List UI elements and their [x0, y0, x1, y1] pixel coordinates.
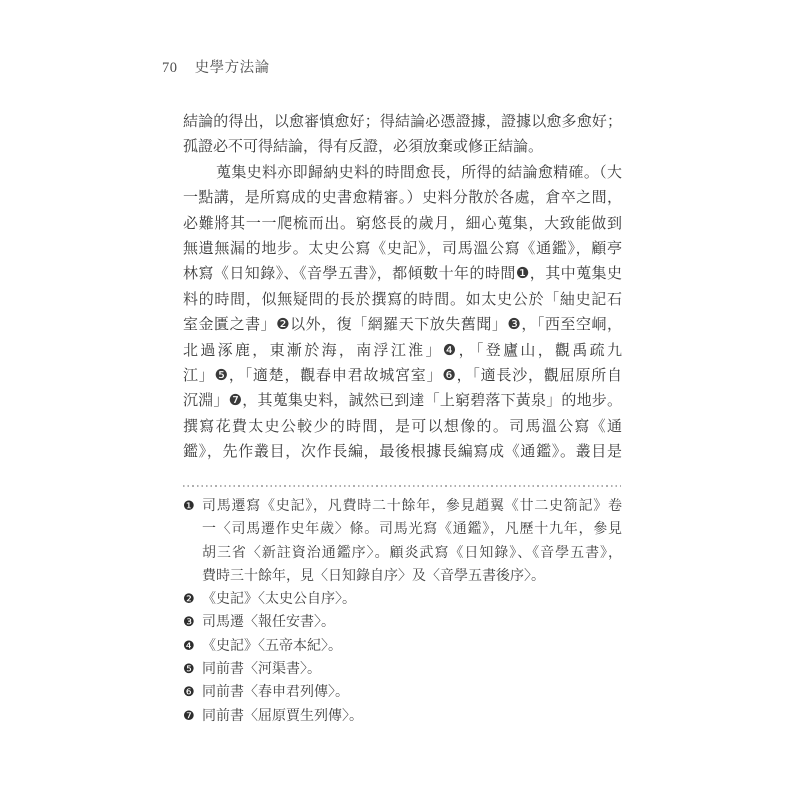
footnote-marker: ❺	[183, 658, 202, 681]
text-line: 結論的得出，以愈審慎愈好；得結論必憑證據，證據以愈多愈好；	[183, 110, 622, 135]
page-number: 70	[162, 60, 178, 77]
footnote-row: 一〈司馬遷作史年歲〉條。司馬光寫《通鑑》，凡歷十九年，參見	[183, 518, 622, 541]
text-line: 撰寫花費太史公較少的時間，是可以想像的。司馬溫公寫《通	[183, 415, 622, 440]
footnote-row: ❻ 同前書〈春申君列傳〉。	[183, 681, 622, 704]
footnote-marker: ❼	[183, 705, 202, 728]
footnote-row: ❼ 同前書〈屈原賈生列傳〉。	[183, 705, 622, 728]
footnote-row: ❹ 《史記》〈五帝本紀〉。	[183, 635, 622, 658]
footnote-marker: ❹	[183, 635, 202, 658]
text-line: 一點講，是所寫成的史書愈精審。）史料分散於各處，倉卒之間，	[183, 186, 622, 211]
footnote-text: 同前書〈屈原賈生列傳〉。	[202, 705, 622, 728]
footnote-text: 一〈司馬遷作史年歲〉條。司馬光寫《通鑑》，凡歷十九年，參見	[202, 518, 622, 541]
footnote-row: ❷ 《史記》〈太史公自序〉。	[183, 588, 622, 611]
footnotes-section: ❶ 司馬遷寫《史記》，凡費時二十餘年，參見趙翼《廿二史箚記》卷 一〈司馬遷作史年…	[183, 495, 622, 728]
footnote-row: ❺ 同前書〈河渠書〉。	[183, 658, 622, 681]
footnote-text: 《史記》〈太史公自序〉。	[202, 588, 622, 611]
footnote-row: ❶ 司馬遷寫《史記》，凡費時二十餘年，參見趙翼《廿二史箚記》卷	[183, 495, 622, 518]
body-text: 結論的得出，以愈審慎愈好；得結論必憑證據，證據以愈多愈好； 孤證必不可得結論，得…	[183, 110, 622, 465]
text-line: 林寫《日知錄》、《音學五書》，都傾數十年的時間❶，其中蒐集史	[183, 262, 622, 287]
footnote-marker: ❷	[183, 588, 202, 611]
footnote-marker: ❶	[183, 495, 202, 518]
footnote-text: 同前書〈春申君列傳〉。	[202, 681, 622, 704]
footnote-separator	[183, 485, 621, 487]
text-line: 江」❺，「適楚，觀春申君故城宮室」❻，「適長沙，觀屈原所自	[183, 364, 622, 389]
text-line: 鑑》，先作叢目，次作長編，最後根據長編寫成《通鑑》。叢目是	[183, 440, 622, 465]
text-line: 必難將其一一爬梳而出。窮悠長的歲月，細心蒐集，大致能做到	[183, 212, 622, 237]
running-header: 70 史學方法論	[162, 56, 270, 77]
footnote-text: 《史記》〈五帝本紀〉。	[202, 635, 622, 658]
text-line: 北過涿鹿，東漸於海，南浮江淮」❹，「登廬山，觀禹疏九	[183, 339, 622, 364]
footnote-text: 同前書〈河渠書〉。	[202, 658, 622, 681]
footnote-text: 費時三十餘年，見〈日知錄自序〉及〈音學五書後序〉。	[202, 565, 622, 588]
book-title: 史學方法論	[195, 56, 270, 77]
book-page: 70 史學方法論 結論的得出，以愈審慎愈好；得結論必憑證據，證據以愈多愈好； 孤…	[0, 0, 800, 800]
text-line: 沉淵」❼，其蒐集史料，誠然已到達「上窮碧落下黃泉」的地步。	[183, 389, 622, 414]
footnote-text: 胡三省〈新註資治通鑑序〉。顧炎武寫《日知錄》、《音學五書》，	[202, 542, 622, 565]
footnote-marker: ❻	[183, 681, 202, 704]
footnote-text: 司馬遷〈報任安書〉。	[202, 611, 622, 634]
footnote-marker: ❸	[183, 611, 202, 634]
text-line: 孤證必不可得結論，得有反證，必須放棄或修正結論。	[183, 135, 622, 160]
text-line: 室金匱之書」❷以外，復「網羅天下放失舊聞」❸，「西至空峒，	[183, 313, 622, 338]
text-line: 蒐集史料亦即歸納史料的時間愈長，所得的結論愈精確。（大	[183, 161, 622, 186]
footnote-row: ❸ 司馬遷〈報任安書〉。	[183, 611, 622, 634]
text-line: 料的時間，似無疑問的長於撰寫的時間。如太史公於「紬史記石	[183, 288, 622, 313]
footnote-row: 胡三省〈新註資治通鑑序〉。顧炎武寫《日知錄》、《音學五書》，	[183, 542, 622, 565]
text-line: 無遺無漏的地步。太史公寫《史記》，司馬溫公寫《通鑑》，顧亭	[183, 237, 622, 262]
footnote-text: 司馬遷寫《史記》，凡費時二十餘年，參見趙翼《廿二史箚記》卷	[202, 495, 622, 518]
footnote-row: 費時三十餘年，見〈日知錄自序〉及〈音學五書後序〉。	[183, 565, 622, 588]
